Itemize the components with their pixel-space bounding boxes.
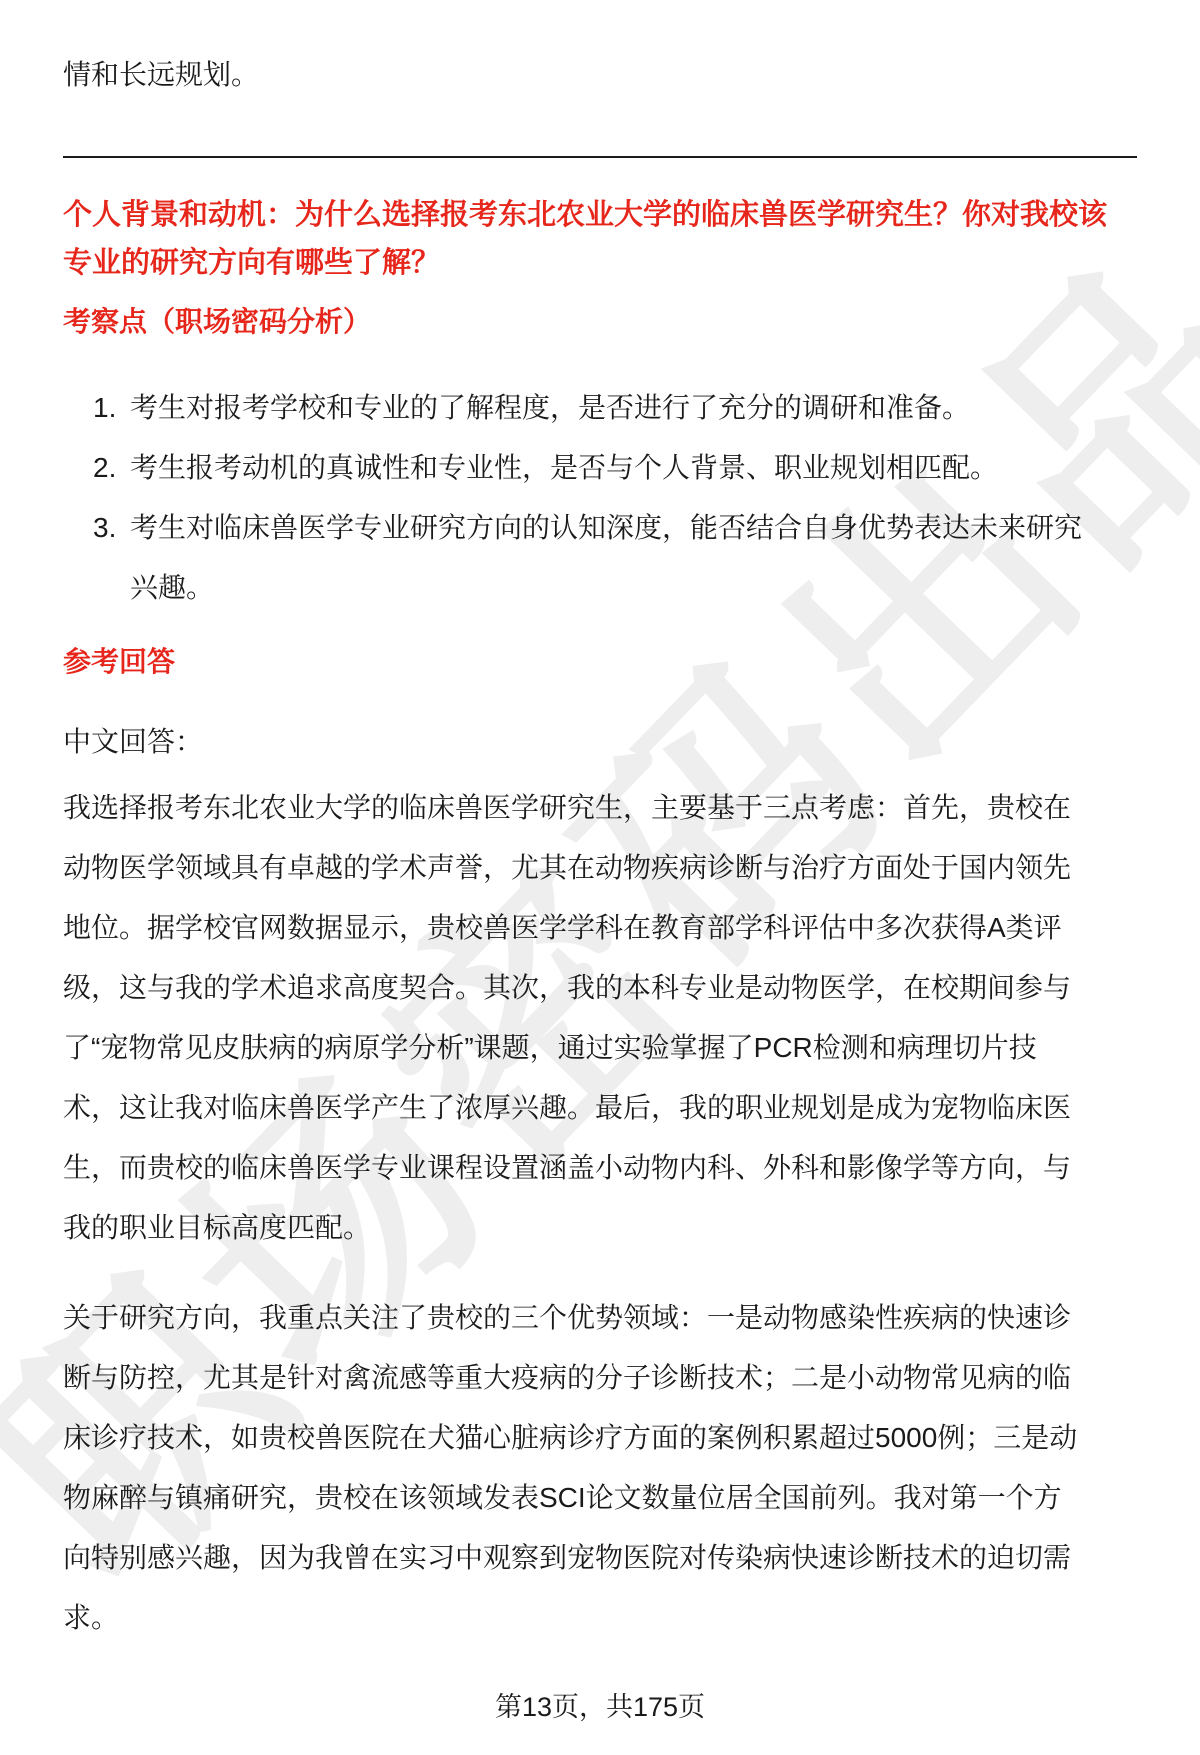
- list-item-text: 考生对临床兽医学专业研究方向的认知深度，能否结合自身优势表达未来研究 兴趣。: [130, 512, 1082, 603]
- page-footer: 第13页，共175页: [63, 1677, 1137, 1737]
- list-item-number: 3.: [93, 498, 116, 558]
- answer-paragraph: 我选择报考东北农业大学的临床兽医学研究生，主要基于三点考虑：首先，贵校在 动物医…: [63, 778, 1137, 1258]
- question-title: 个人背景和动机：为什么选择报考东北农业大学的临床兽医学研究生？你对我校该 专业的…: [63, 191, 1137, 287]
- list-item-text: 考生对报考学校和专业的了解程度，是否进行了充分的调研和准备。: [130, 392, 970, 423]
- list-item-number: 1.: [93, 378, 116, 438]
- page-content: 情和长远规划。 个人背景和动机：为什么选择报考东北农业大学的临床兽医学研究生？你…: [0, 0, 1200, 1737]
- reference-answer-heading: 参考回答: [63, 638, 1137, 686]
- answer-paragraph: 关于研究方向，我重点关注了贵校的三个优势领域：一是动物感染性疾病的快速诊 断与防…: [63, 1288, 1137, 1648]
- list-item: 2. 考生报考动机的真诚性和专业性，是否与个人背景、职业规划相匹配。: [63, 438, 1137, 498]
- exam-points-list: 1. 考生对报考学校和专业的了解程度，是否进行了充分的调研和准备。 2. 考生报…: [63, 378, 1137, 618]
- list-item: 1. 考生对报考学校和专业的了解程度，是否进行了充分的调研和准备。: [63, 378, 1137, 438]
- answer-language-label: 中文回答：: [63, 712, 1137, 772]
- section-divider: [63, 156, 1137, 158]
- document-page: 职场密码出品 情和长远规划。 个人背景和动机：为什么选择报考东北农业大学的临床兽…: [0, 0, 1200, 1755]
- list-item-text: 考生报考动机的真诚性和专业性，是否与个人背景、职业规划相匹配。: [130, 452, 998, 483]
- list-item-number: 2.: [93, 438, 116, 498]
- exam-points-heading: 考察点（职场密码分析）: [63, 298, 1137, 346]
- leading-paragraph: 情和长远规划。: [63, 45, 1137, 105]
- list-item: 3. 考生对临床兽医学专业研究方向的认知深度，能否结合自身优势表达未来研究 兴趣…: [63, 498, 1137, 618]
